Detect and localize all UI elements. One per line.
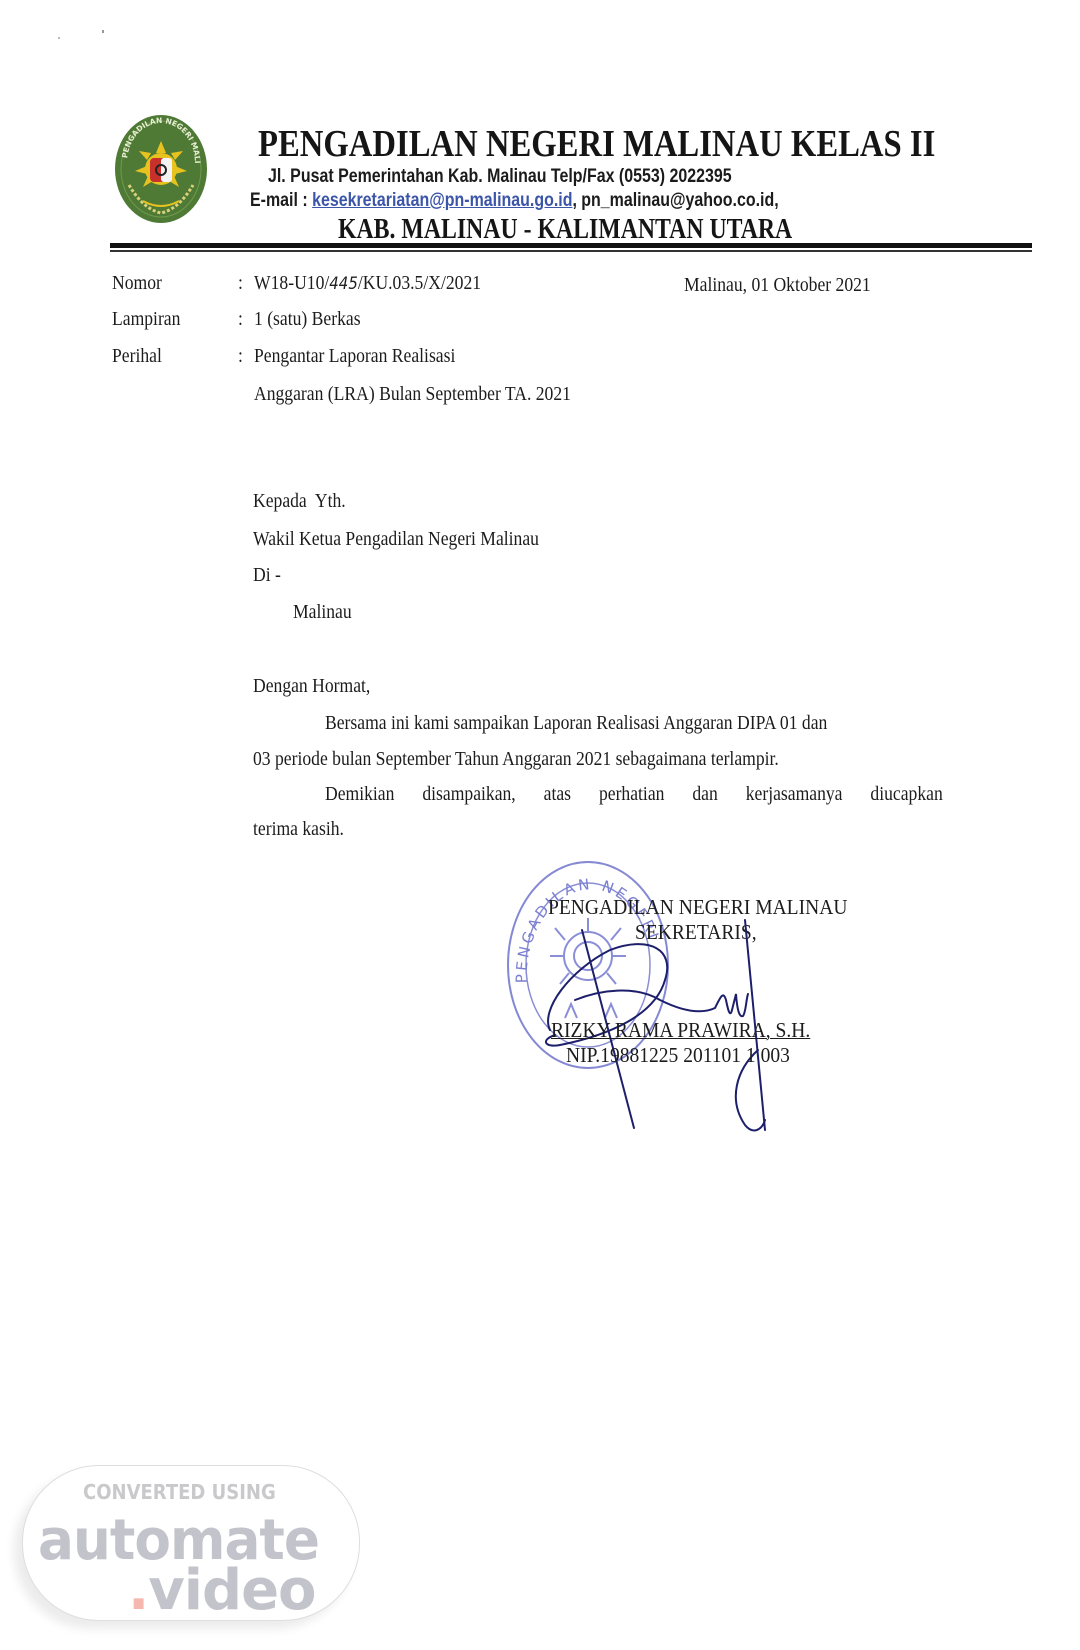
- body-para1-line1: Bersama ini kami sampaikan Laporan Reali…: [325, 712, 827, 735]
- body-word: perhatian: [599, 783, 664, 806]
- watermark-caption: CONVERTED USING: [83, 1480, 276, 1504]
- salutation: Dengan Hormat,: [253, 675, 370, 698]
- institution-region: KAB. MALINAU - KALIMANTAN UTARA: [338, 213, 792, 246]
- meta-sep: :: [238, 308, 243, 331]
- court-emblem-icon: PENGADILAN NEGERI MALINAU: [113, 113, 209, 226]
- recipient-name: Wakil Ketua Pengadilan Negeri Malinau: [253, 528, 539, 551]
- scan-speck: [102, 30, 104, 33]
- body-word: Demikian: [325, 783, 394, 806]
- email-secondary: , pn_malinau@yahoo.co.id,: [572, 190, 778, 211]
- body-word: kerjasamanya: [746, 783, 843, 806]
- meta-label-lampiran: Lampiran: [112, 308, 180, 331]
- email-label: E-mail :: [250, 190, 312, 211]
- meta-value-nomor: W18-U10/445/KU.03.5/X/2021: [254, 272, 481, 295]
- court-logo: PENGADILAN NEGERI MALINAU: [113, 113, 209, 226]
- recipient-place: Malinau: [293, 601, 352, 624]
- meta-sep: :: [238, 272, 243, 295]
- institution-email-line: E-mail : kesekretariatan@pn-malinau.go.i…: [250, 190, 779, 212]
- meta-value-perihal-line2: Anggaran (LRA) Bulan September TA. 2021: [254, 383, 571, 406]
- body-word: disampaikan,: [422, 783, 515, 806]
- meta-label-nomor: Nomor: [112, 272, 162, 295]
- body-word: atas: [544, 783, 571, 806]
- watermark-dot: .: [128, 1558, 148, 1623]
- recipient-greeting: Kepada Yth.: [253, 490, 346, 513]
- handwritten-signature: [540, 890, 790, 1140]
- institution-address: Jl. Pusat Pemerintahan Kab. Malinau Telp…: [268, 166, 732, 188]
- body-word: dan: [692, 783, 717, 806]
- signatory-name: RIZKY RAMA PRAWIRA, S.H.: [551, 1018, 810, 1043]
- meta-value-perihal: Pengantar Laporan Realisasi: [254, 345, 455, 368]
- handwritten-number: 445: [329, 274, 358, 294]
- signatory-nip: NIP.19881225 201101 1 003: [566, 1043, 790, 1068]
- meta-sep: :: [238, 345, 243, 368]
- recipient-di: Di -: [253, 564, 281, 587]
- body-para2-line2: terima kasih.: [253, 818, 344, 841]
- letter-date: Malinau, 01 Oktober 2021: [684, 274, 871, 297]
- body-para2-line1: Demikiandisampaikan,atasperhatiandankerj…: [325, 783, 943, 806]
- email-link-primary[interactable]: kesekretariatan@pn-malinau.go.id: [312, 190, 572, 211]
- signature-icon: [540, 890, 790, 1140]
- letterhead-rule: [110, 243, 1032, 248]
- meta-label-perihal: Perihal: [112, 345, 162, 368]
- watermark-brand-suffix: .video: [128, 1558, 316, 1623]
- letterhead-rule-thin: [110, 250, 1032, 252]
- institution-name: PENGADILAN NEGERI MALINAU KELAS II: [258, 122, 935, 166]
- meta-value-lampiran: 1 (satu) Berkas: [254, 308, 361, 331]
- body-para1-line2: 03 periode bulan September Tahun Anggara…: [253, 748, 779, 771]
- body-word: diucapkan: [870, 783, 942, 806]
- scan-speck: [58, 37, 60, 39]
